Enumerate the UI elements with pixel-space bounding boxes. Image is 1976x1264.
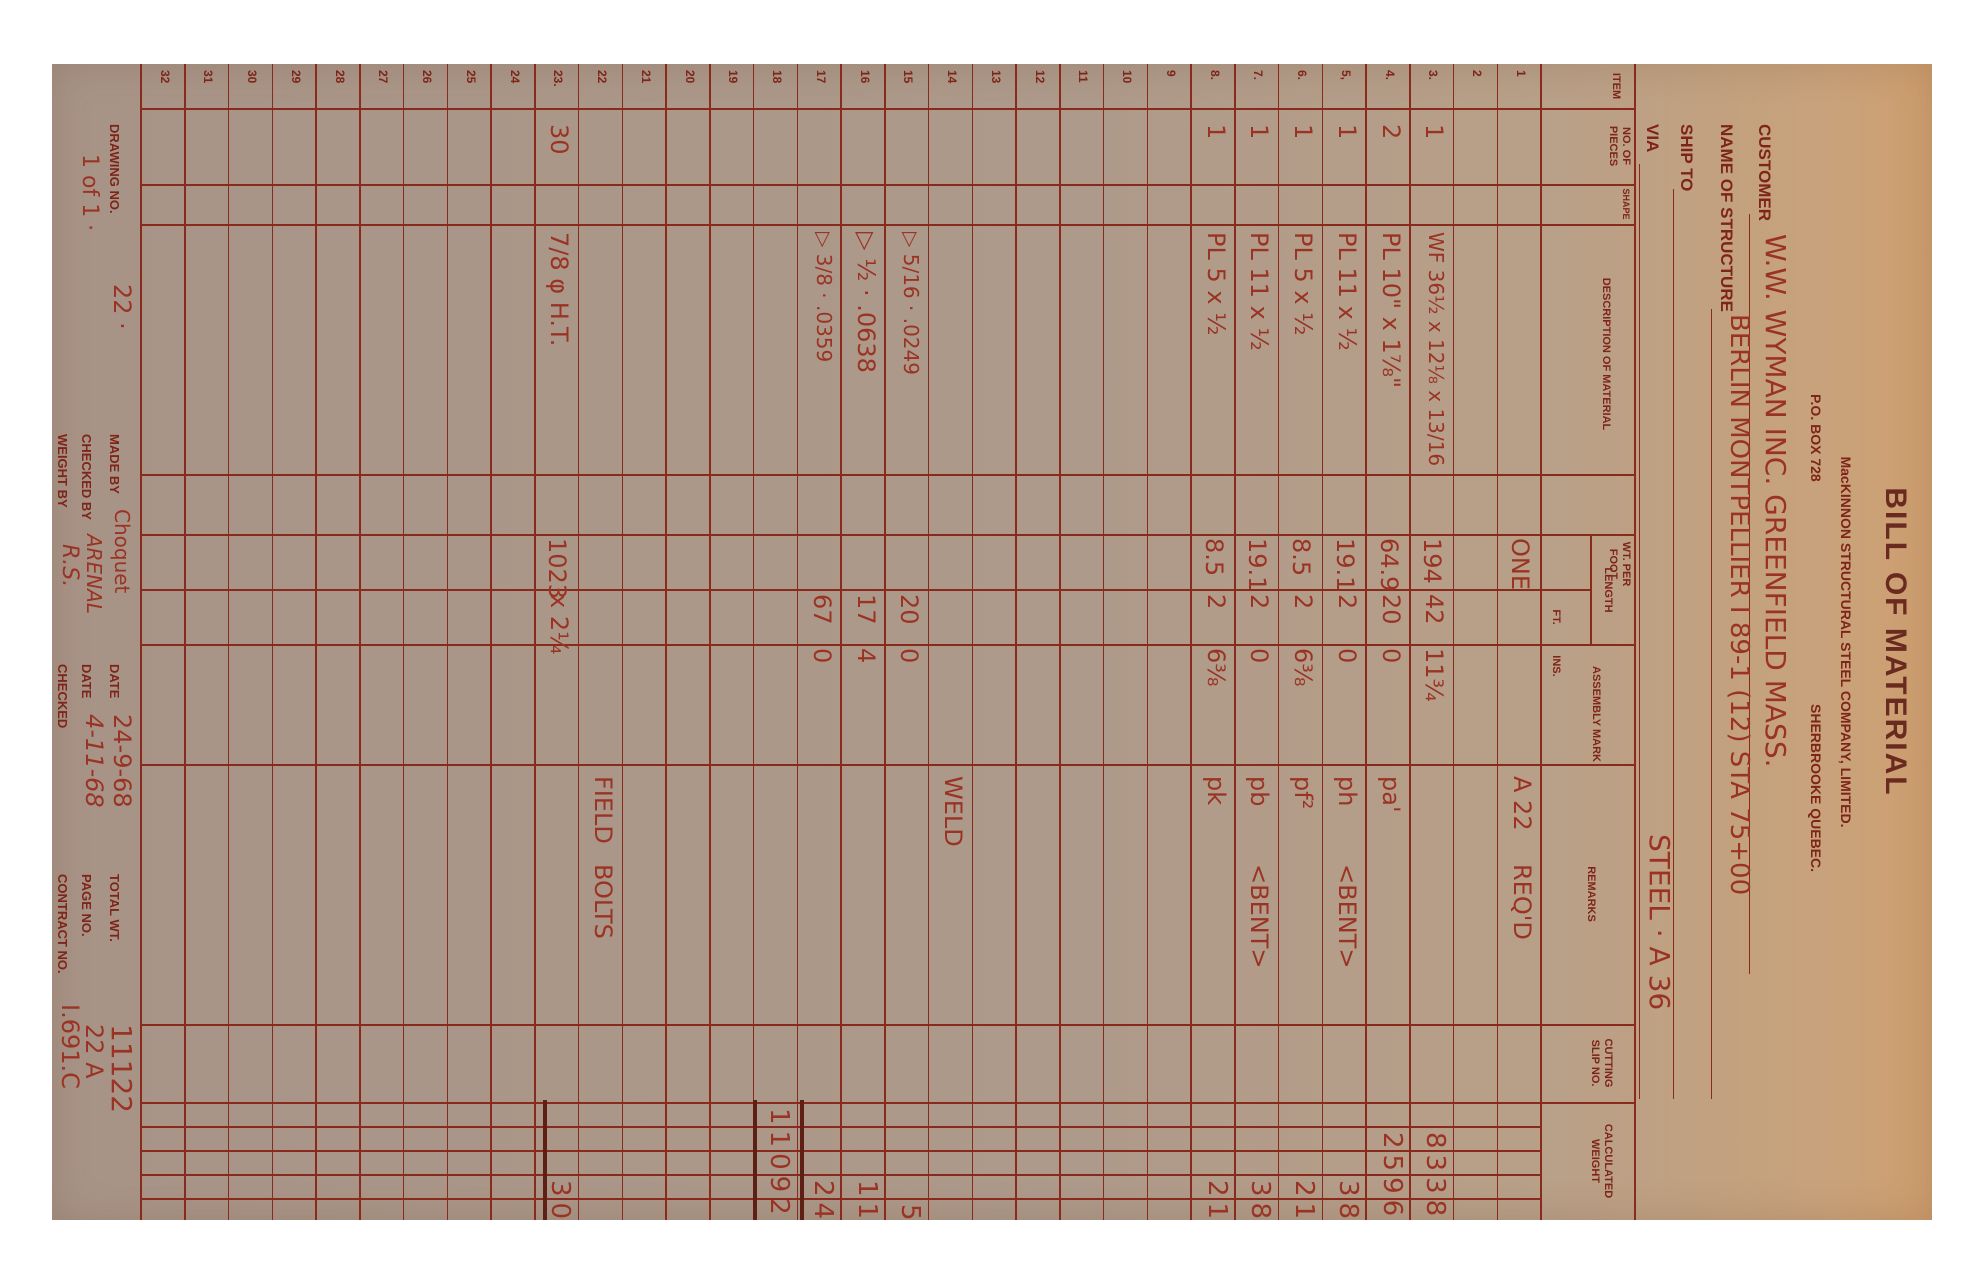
description-cell: PL 11 x ½ bbox=[1333, 232, 1361, 351]
via-value: STEEL · A 36 bbox=[1643, 834, 1676, 1010]
item-number: 28 bbox=[333, 70, 347, 83]
remarks-cell: BOLTS bbox=[589, 864, 617, 939]
via-underline bbox=[1639, 164, 1640, 1099]
item-number: 23. bbox=[552, 70, 566, 87]
length-ins-cell: 6⅜ bbox=[1289, 648, 1317, 687]
assembly-mark-cell: FIELD bbox=[589, 776, 617, 844]
description-cell: PL 11 x ½ bbox=[1246, 232, 1274, 351]
item-number: 9 bbox=[1164, 70, 1178, 77]
item-number: 31 bbox=[202, 70, 216, 83]
description-cell: PL 5 x ½ bbox=[1289, 232, 1317, 335]
remarks-cell: <BENT> bbox=[1333, 864, 1361, 968]
total-wt-label: TOTAL WT. bbox=[107, 874, 122, 942]
item-number: 19 bbox=[727, 70, 741, 83]
description-cell: PL 5 x ½ bbox=[1202, 232, 1230, 335]
bill-of-material-sheet: BILL OF MATERIAL MacKINNON STRUCTURAL ST… bbox=[52, 64, 1932, 1220]
page-no-label: PAGE NO. bbox=[79, 874, 94, 937]
calculated-weight-cell: 11092 bbox=[764, 1108, 794, 1221]
item-number: 18 bbox=[770, 70, 784, 83]
item-number: 32 bbox=[158, 70, 172, 83]
length-ins-cell: 0 bbox=[808, 648, 836, 663]
length-ft-cell: x 2¼ bbox=[546, 594, 574, 654]
assembly-mark-cell: ph bbox=[1333, 776, 1361, 806]
drawing-no-value: 22 · bbox=[108, 284, 136, 330]
made-by-label: MADE BY bbox=[107, 434, 122, 494]
item-number: 7. bbox=[1252, 70, 1266, 80]
description-cell: ▷ 3/8 · .0359 bbox=[812, 232, 836, 362]
item-number: 8. bbox=[1208, 70, 1222, 80]
total-wt-value: 11122 bbox=[105, 1024, 138, 1113]
assembly-mark-cell: pf² bbox=[1289, 776, 1317, 809]
item-number: 5, bbox=[1339, 70, 1353, 80]
assembly-mark-cell: pk bbox=[1202, 776, 1230, 805]
wt-per-foot-cell: 64.9 bbox=[1375, 538, 1403, 591]
item-number: 4. bbox=[1383, 70, 1397, 80]
customer-value: W.W. WYMAN INC. GREENFIELD MASS. bbox=[1759, 234, 1792, 768]
item-number: 13 bbox=[989, 70, 1003, 83]
col-length: LENGTH bbox=[1601, 536, 1614, 644]
description-cell: 7/8 φ H.T. bbox=[546, 232, 574, 346]
bill-of-material-form: BILL OF MATERIAL MacKINNON STRUCTURAL ST… bbox=[52, 64, 1932, 1220]
length-ins-cell: 0 bbox=[1333, 648, 1361, 663]
date1-value: 24-9-68 bbox=[108, 714, 136, 808]
wt-per-foot-cell: 19.1 bbox=[1331, 538, 1359, 591]
city: SHERBROOKE QUEBEC. bbox=[1808, 704, 1824, 872]
calculated-weight-cell: 21 bbox=[1289, 1180, 1319, 1225]
length-ins-cell: 0 bbox=[1246, 648, 1274, 663]
wt-per-foot-cell: 19.1 bbox=[1244, 538, 1272, 591]
page-no-value: 22 A bbox=[80, 1024, 108, 1079]
calculated-weight-cell: 2596 bbox=[1377, 1132, 1407, 1222]
description-cell: ▷ ½ · .0638 bbox=[852, 232, 880, 373]
pieces-cell: 1 bbox=[1421, 124, 1449, 139]
assembly-mark-cell: pb bbox=[1246, 776, 1274, 806]
item-number: 20 bbox=[683, 70, 697, 83]
document-title: BILL OF MATERIAL bbox=[1878, 64, 1912, 1220]
length-ins-cell: 4 bbox=[852, 648, 880, 663]
wt-per-foot-cell: 194 bbox=[1419, 538, 1447, 584]
col-item: ITEM bbox=[1609, 66, 1622, 106]
item-number: 27 bbox=[377, 70, 391, 83]
item-number: 22 bbox=[595, 70, 609, 83]
item-number: 15 bbox=[902, 70, 916, 83]
length-ft-cell: 42 bbox=[1421, 594, 1449, 625]
col-ft: FT. bbox=[1549, 591, 1562, 643]
col-assembly-mark: ASSEMBLY MARK bbox=[1589, 664, 1602, 764]
description-cell: PL 10" x 1⅞" bbox=[1377, 232, 1405, 388]
col-pieces: NO. OF PIECES bbox=[1606, 110, 1632, 182]
calculated-weight-cell: 8338 bbox=[1421, 1132, 1451, 1222]
checked-by-label: CHECKED BY bbox=[79, 434, 94, 520]
calculated-weight-cell: 38 bbox=[1333, 1180, 1363, 1225]
date2-label: DATE bbox=[79, 664, 94, 698]
length-ins-cell: 0 bbox=[896, 648, 924, 663]
sheet-value: 1 of 1 · bbox=[77, 154, 102, 231]
wt-per-foot-cell: 8.5 bbox=[1200, 538, 1228, 576]
po-box: P.O. BOX 728 bbox=[1808, 394, 1824, 482]
contract-no-value: I.691.C bbox=[56, 1004, 84, 1089]
item-number: 11 bbox=[1077, 70, 1091, 83]
pieces-cell: 1 bbox=[1333, 124, 1361, 139]
item-number: 1 bbox=[1514, 70, 1528, 77]
calculated-weight-cell: 24 bbox=[808, 1180, 838, 1225]
description-cell: ▷ 5/16 · .0249 bbox=[900, 232, 924, 375]
length-ft-cell: 20 bbox=[1377, 594, 1405, 625]
length-ft-cell: 2 bbox=[1289, 594, 1317, 609]
date2-value: 4-11-68 bbox=[80, 714, 108, 808]
pieces-cell: 2 bbox=[1377, 124, 1405, 139]
drawing-no-label: DRAWING NO. bbox=[107, 124, 122, 214]
item-number: 6. bbox=[1295, 70, 1309, 80]
length-ft-cell: 20 bbox=[896, 594, 924, 625]
item-number: 30 bbox=[245, 70, 259, 83]
remarks-cell: <BENT> bbox=[1246, 864, 1274, 968]
weight-by-label: WEIGHT BY bbox=[55, 434, 70, 508]
item-number: 24 bbox=[508, 70, 522, 83]
date1-label: DATE bbox=[107, 664, 122, 698]
col-shape: SHAPE bbox=[1619, 186, 1632, 222]
structure-value: BERLIN MONTPELLIER I 89-1 (12) STA 75+00 bbox=[1724, 314, 1754, 895]
pieces-cell: 1 bbox=[1202, 124, 1230, 139]
contract-no-label: CONTRACT NO. bbox=[55, 874, 70, 974]
item-number: 12 bbox=[1033, 70, 1047, 83]
ship-to-label: SHIP TO bbox=[1676, 124, 1696, 191]
weight-by-value: R.S. bbox=[57, 544, 82, 587]
item-number: 3. bbox=[1427, 70, 1441, 80]
wt-per-foot-cell: 8.5 bbox=[1287, 538, 1315, 576]
item-number: 26 bbox=[420, 70, 434, 83]
length-ft-cell: 17 bbox=[852, 594, 880, 625]
assembly-mark-cell: WELD bbox=[939, 776, 967, 847]
structure-label: NAME OF STRUCTURE bbox=[1716, 124, 1736, 312]
item-number: 21 bbox=[639, 70, 653, 83]
length-ft-cell: 2 bbox=[1246, 594, 1274, 609]
length-ins-cell: 11¾ bbox=[1421, 648, 1449, 702]
length-ft-cell: 67 bbox=[808, 594, 836, 625]
remarks-cell: REQ'D bbox=[1508, 864, 1536, 940]
item-number: 16 bbox=[858, 70, 872, 83]
calculated-weight-cell: 5 bbox=[896, 1204, 926, 1227]
length-ins-cell: 6⅜ bbox=[1202, 648, 1230, 687]
company-name: MacKINNON STRUCTURAL STEEL COMPANY, LIMI… bbox=[1838, 64, 1854, 1220]
length-ft-cell: 2 bbox=[1202, 594, 1230, 609]
calculated-weight-cell: 11 bbox=[852, 1180, 882, 1225]
calculated-weight-cell: 38 bbox=[1246, 1180, 1276, 1225]
assembly-mark-cell: pa' bbox=[1377, 776, 1405, 813]
col-remarks: REMARKS bbox=[1584, 844, 1597, 944]
assembly-mark-cell: A 22 bbox=[1508, 776, 1536, 831]
structure-underline bbox=[1711, 309, 1712, 1099]
col-description: DESCRIPTION OF MATERIAL bbox=[1599, 264, 1612, 444]
item-number: 17 bbox=[814, 70, 828, 83]
item-number: 14 bbox=[945, 70, 959, 83]
item-number: 10 bbox=[1120, 70, 1134, 83]
calculated-weight-cell: 30 bbox=[546, 1180, 576, 1225]
calculated-weight-cell: 21 bbox=[1202, 1180, 1232, 1225]
col-ins: INS. bbox=[1549, 646, 1562, 686]
length-ft-cell: 2 bbox=[1333, 594, 1361, 609]
pieces-cell: 1 bbox=[1289, 124, 1317, 139]
length-ins-cell: 0 bbox=[1377, 648, 1405, 663]
wt-per-foot-cell: ONE bbox=[1506, 538, 1534, 590]
checked-label: CHECKED bbox=[55, 664, 70, 728]
item-number: 2 bbox=[1470, 70, 1484, 77]
pieces-cell: 30 bbox=[546, 124, 574, 155]
item-number: 25 bbox=[464, 70, 478, 83]
checked-by-value: ARENAL bbox=[82, 534, 106, 614]
col-cutting-slip: CUTTING SLIP NO. bbox=[1588, 1026, 1614, 1100]
wt-per-foot-cell: 1023 bbox=[544, 538, 572, 599]
pieces-cell: 1 bbox=[1246, 124, 1274, 139]
description-cell: WF 36½ x 12⅛ x 13/16 bbox=[1425, 232, 1449, 466]
item-number: 29 bbox=[289, 70, 303, 83]
customer-label: CUSTOMER bbox=[1754, 124, 1774, 221]
made-by-value: Choquet bbox=[110, 509, 134, 593]
col-calculated-weight: CALCULATED WEIGHT bbox=[1588, 1104, 1614, 1218]
via-label: VIA bbox=[1642, 124, 1662, 152]
